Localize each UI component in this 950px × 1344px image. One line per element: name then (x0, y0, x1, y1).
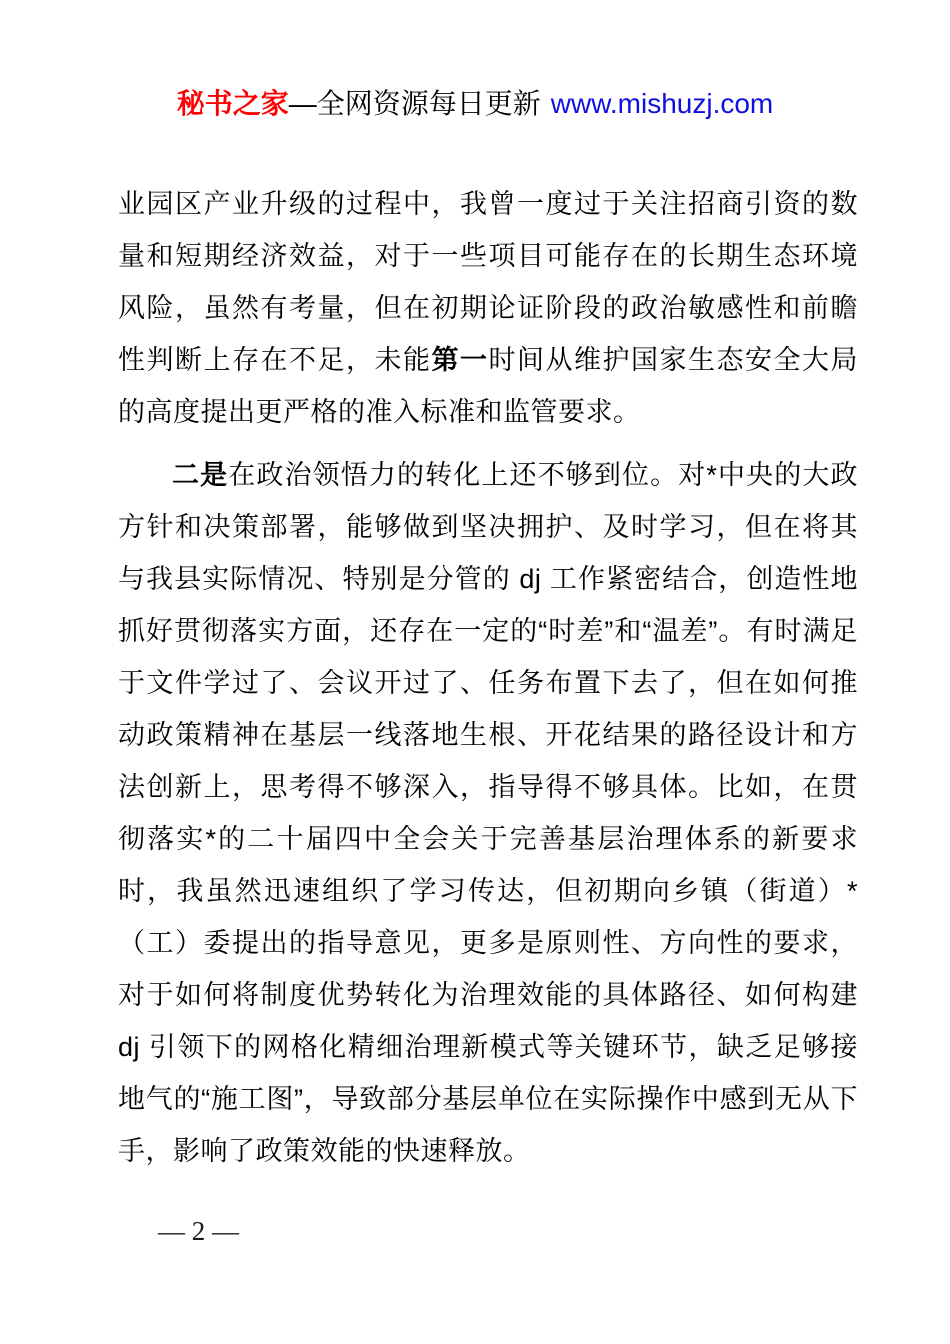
site-header: 秘书之家—全网资源每日更新www.mishuzj.com (0, 82, 950, 122)
text-run-bold: 二是 (172, 460, 228, 490)
text-run-bold: 第一 (432, 345, 489, 375)
paragraph-continuation: 业园区产业升级的过程中，我曾一度过于关注招商引资的数量和短期经济效益，对于一些项… (118, 178, 858, 438)
document-page: 秘书之家—全网资源每日更新www.mishuzj.com 业园区产业升级的过程中… (0, 0, 950, 1344)
site-url-link[interactable]: www.mishuzj.com (551, 88, 773, 119)
document-body: 业园区产业升级的过程中，我曾一度过于关注招商引资的数量和短期经济效益，对于一些项… (118, 178, 858, 1188)
header-tagline: 全网资源每日更新 (317, 88, 541, 119)
paragraph-point-two: 二是在政治领悟力的转化上还不够到位。对*中央的大政方针和决策部署，能够做到坚决拥… (118, 449, 858, 1177)
text-run: 在政治领悟力的转化上还不够到位。对*中央的大政方针和决策部署，能够做到坚决拥护、… (118, 460, 858, 1166)
page-number: — 2 — (158, 1216, 239, 1247)
header-dash: — (289, 88, 317, 119)
site-brand: 秘书之家 (177, 88, 289, 119)
